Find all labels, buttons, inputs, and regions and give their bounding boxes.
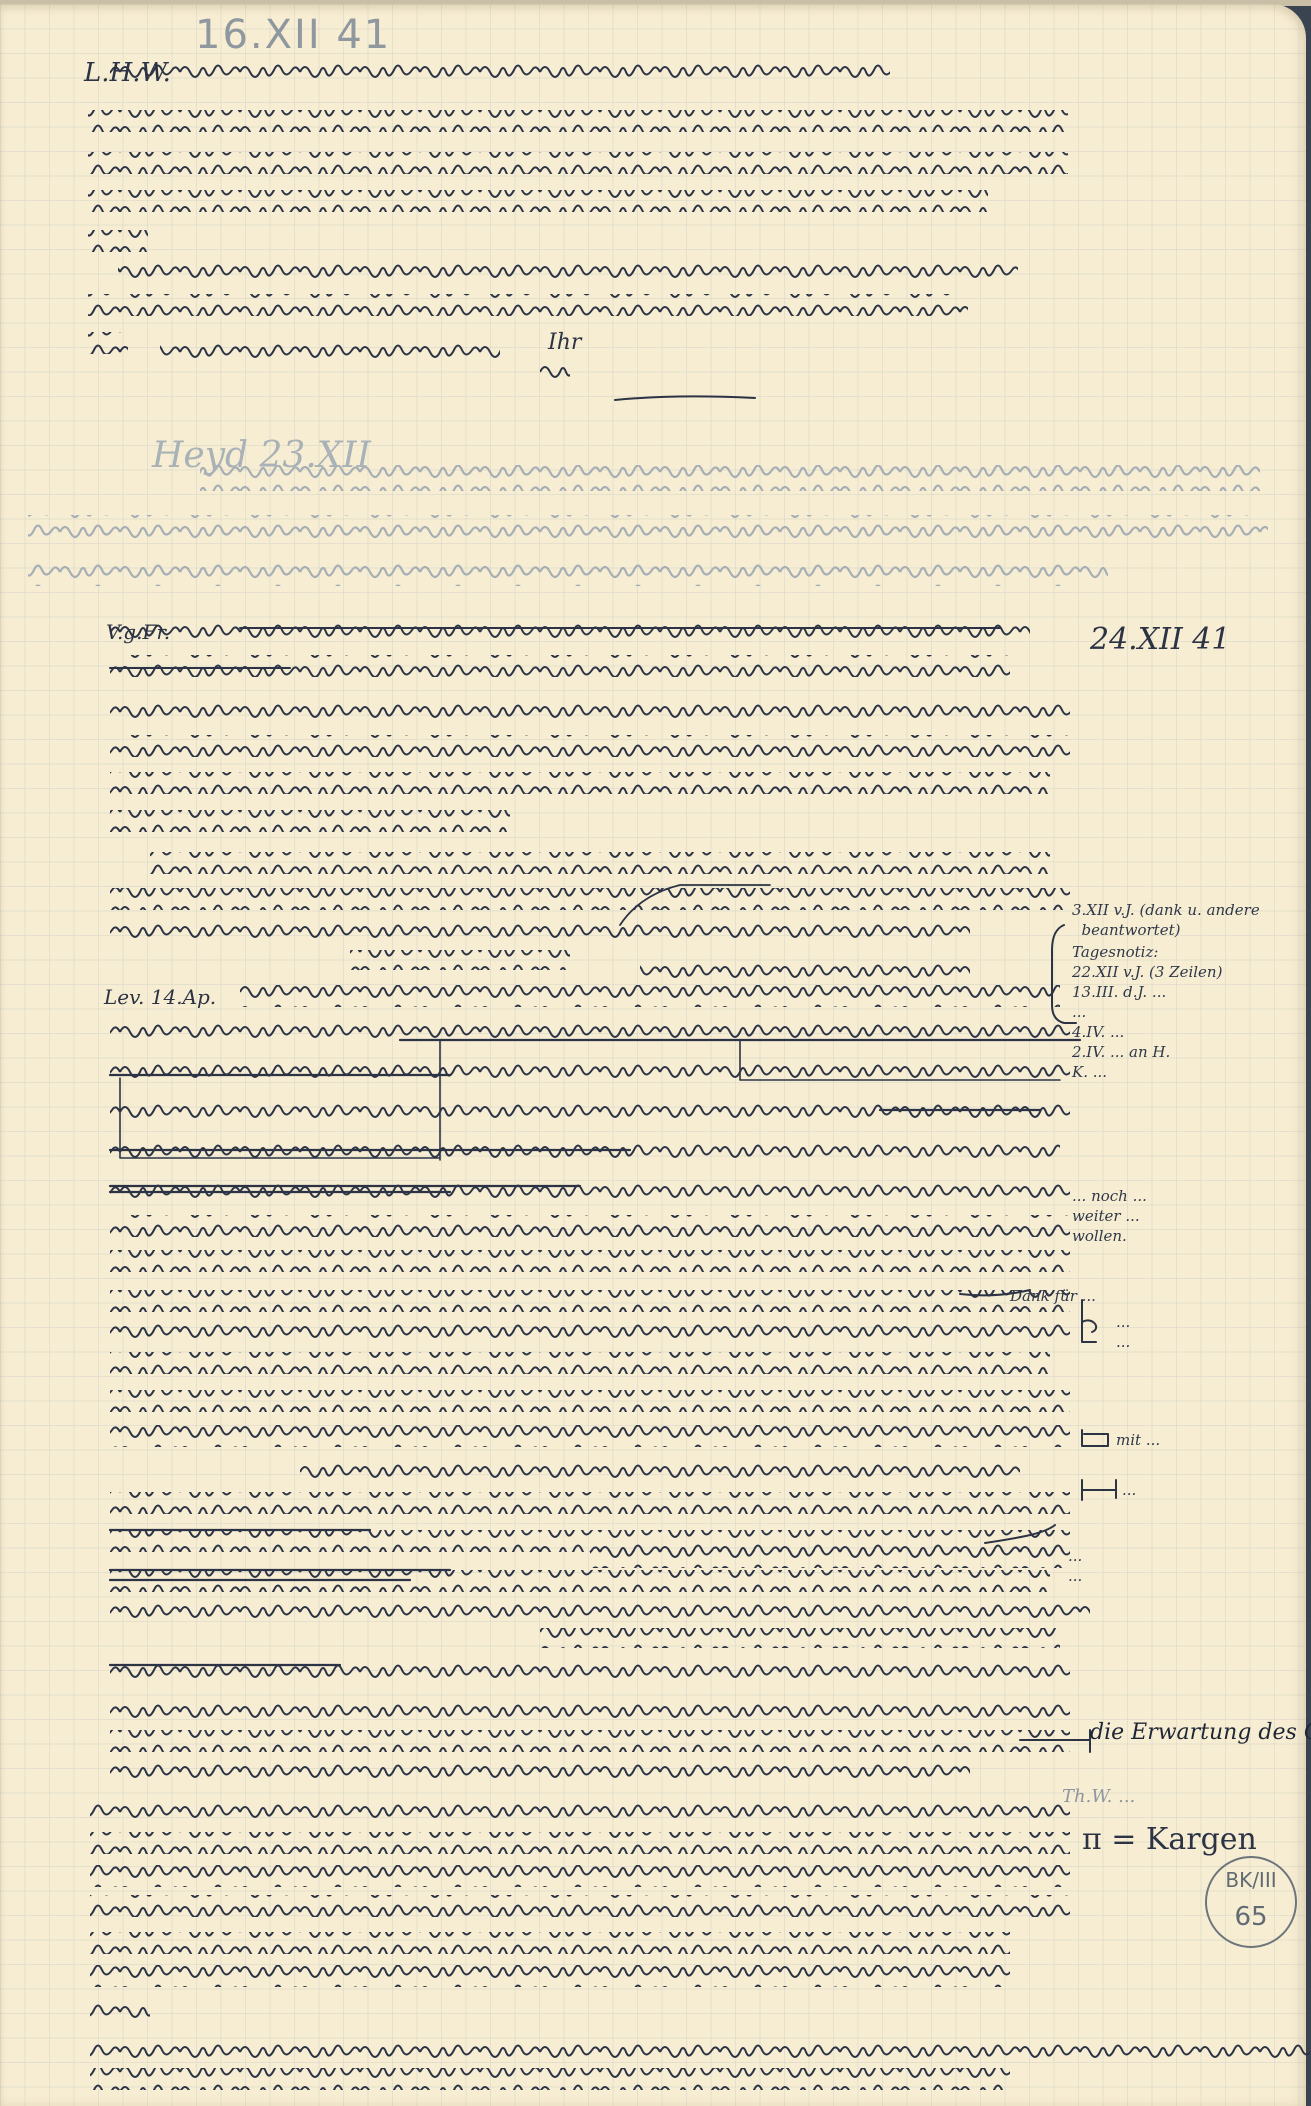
signature: Ihr xyxy=(548,330,581,355)
margin-note-3: ... noch ... weiter ... wollen. xyxy=(1072,1186,1147,1246)
margin-note-7: ... xyxy=(1122,1480,1141,1500)
section-2-pencil-text xyxy=(28,465,1268,586)
archive-stamp: BK/III 65 xyxy=(1205,1856,1297,1948)
margin-pencil-note: Th.W. ... xyxy=(1062,1786,1135,1807)
margin-note-5: ... ... xyxy=(1116,1312,1135,1352)
pencil-heading-heyd: Heyd 23.XII xyxy=(152,435,371,476)
salutation: L.H.W. xyxy=(84,58,171,88)
margin-note-1: 3.XII v.J. (dank u. andere beantwortet) xyxy=(1072,900,1260,940)
section-3-text xyxy=(90,620,1310,2090)
margin-heading-gottesreich: die Erwartung des Gottesreichs xyxy=(1090,1720,1311,1746)
symbol-note-kargen: π = Kargen xyxy=(1082,1822,1257,1857)
margin-note-8: ... ... xyxy=(1068,1546,1087,1586)
margin-note-6: mit ... xyxy=(1116,1430,1160,1450)
archive-stamp-line2: 65 xyxy=(1207,1902,1295,1932)
margin-note-2: Tagesnotiz: 22.XII v.J. (3 Zeilen) 13.II… xyxy=(1072,942,1222,1082)
subsection-label: Lev. 14.Ap. xyxy=(104,985,216,1009)
margin-note-4: Dank für ... xyxy=(1010,1286,1096,1306)
archive-stamp-line1: BK/III xyxy=(1207,1868,1295,1892)
date-right: 24.XII 41 xyxy=(1090,622,1230,657)
pencil-date-top: 16.XII 41 xyxy=(195,12,391,58)
opening-abbrev: V.g.Fr. xyxy=(106,620,170,644)
